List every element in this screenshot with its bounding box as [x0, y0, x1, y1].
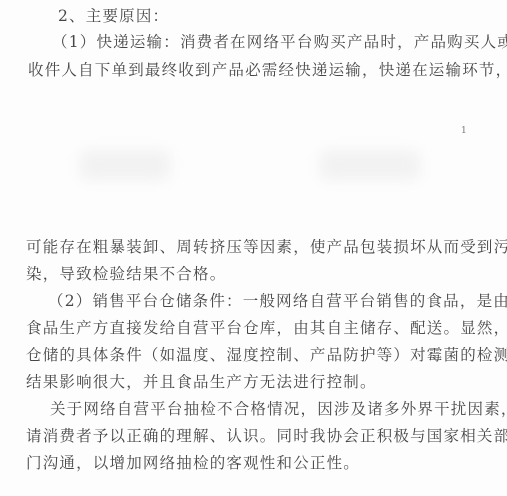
- paragraph-line: 可能存在粗暴装卸、周转挤压等因素，使产品包装损坏从而受到污: [26, 237, 507, 257]
- scan-smudge: [80, 150, 170, 180]
- paragraph-line: （1）快递运输：消费者在网络平台购买产品时，产品购买人或: [52, 32, 507, 52]
- document-page: 2、主要原因： （1）快递运输：消费者在网络平台购买产品时，产品购买人或 收件人…: [0, 0, 507, 496]
- scan-smudge: [320, 150, 420, 180]
- section-heading: 2、主要原因：: [58, 6, 169, 26]
- paragraph-line: 结果影响很大，并且食品生产方无法进行控制。: [26, 372, 377, 392]
- paragraph-line: （2）销售平台仓储条件：一般网络自营平台销售的食品，是由: [48, 291, 507, 311]
- paragraph-line: 食品生产方直接发给自营平台仓库，由其自主储存、配送。显然，: [26, 318, 507, 338]
- paragraph-line: 收件人自下单到最终收到产品必需经快递运输，快递在运输环节，: [28, 60, 507, 80]
- page-number: 1: [461, 126, 467, 136]
- paragraph-line: 门沟通，以增加网络抽检的客观性和公正性。: [26, 453, 360, 473]
- paragraph-line: 仓储的具体条件（如温度、湿度控制、产品防护等）对霉菌的检测: [26, 345, 507, 365]
- paragraph-line: 关于网络自营平台抽检不合格情况，因涉及诸多外界干扰因素，: [50, 399, 507, 419]
- paragraph-line: 请消费者予以正确的理解、认识。同时我协会正积极与国家相关部: [26, 426, 507, 446]
- paragraph-line: 染，导致检验结果不合格。: [26, 264, 226, 284]
